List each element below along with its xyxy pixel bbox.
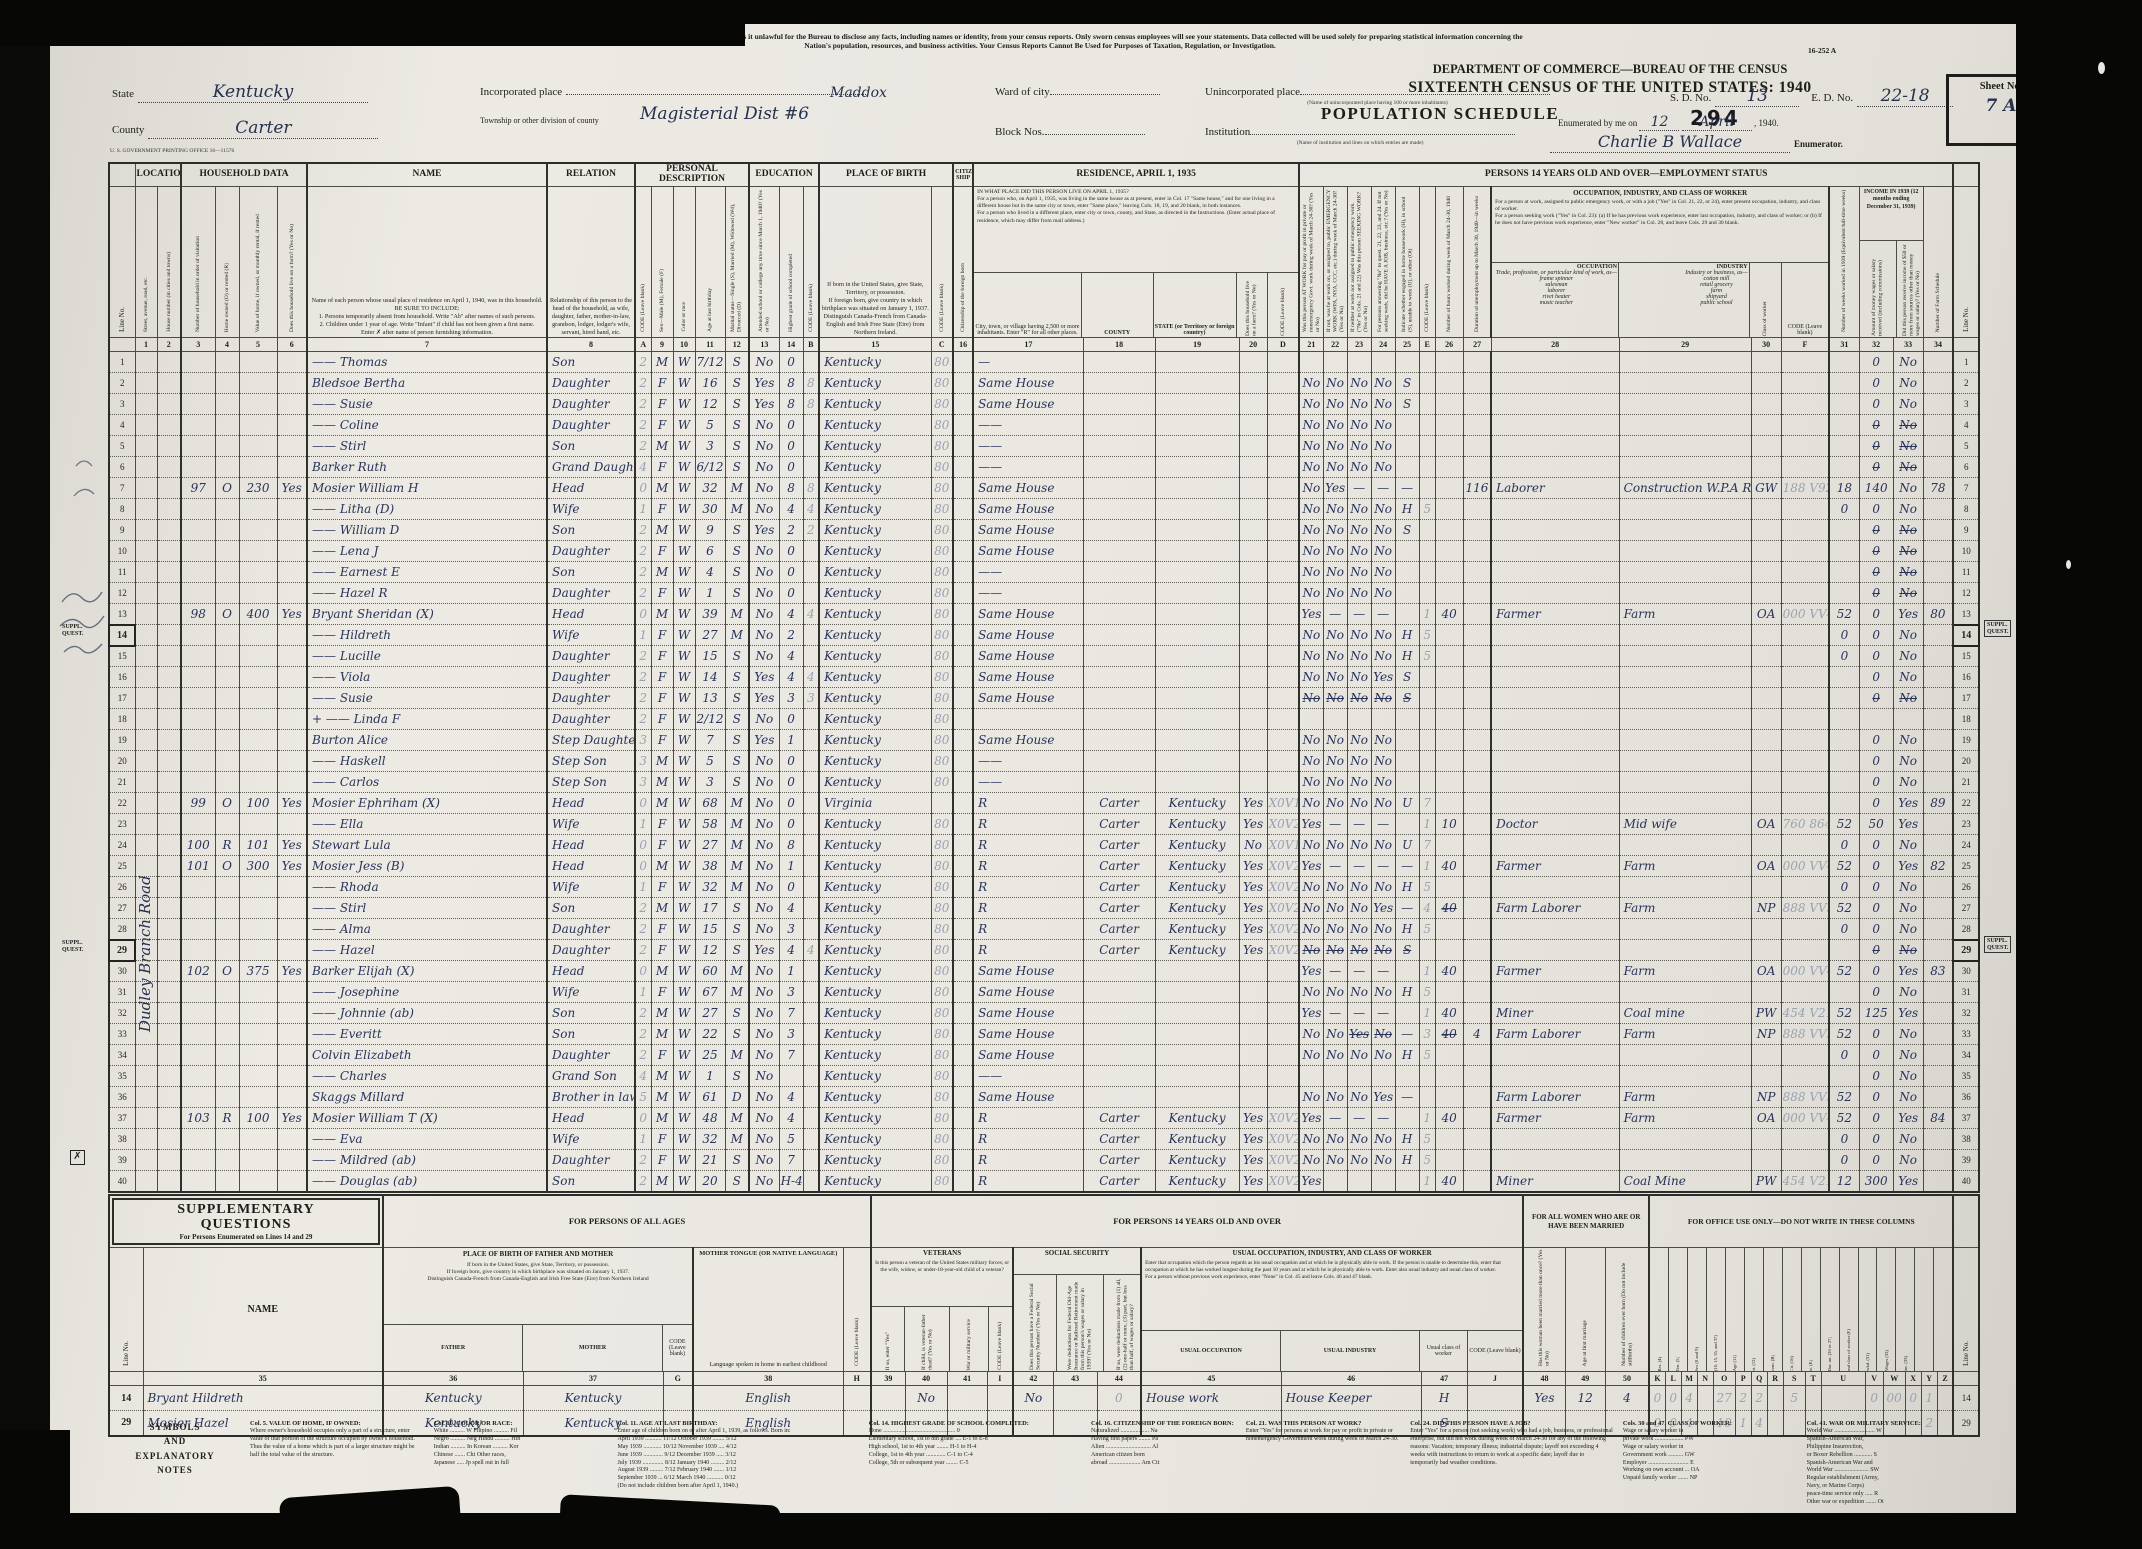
cell-residence-farm — [1239, 373, 1267, 394]
cell-residence-place: Same House — [973, 667, 1083, 688]
cell-residence-place: Same House — [973, 604, 1083, 625]
cell-color: W — [673, 814, 695, 835]
cell-owned-rented — [215, 373, 239, 394]
table-row: 38 —— Eva Wife 1 F W 32 M No 5 Kentucky … — [109, 1129, 1979, 1150]
cell-wages: 0 — [1859, 856, 1893, 877]
scell-u — [1821, 1386, 1865, 1411]
cell-engaged: — — [1395, 1087, 1419, 1108]
cell-code-f — [1781, 667, 1829, 688]
cell-code-a: 0 — [635, 835, 651, 856]
cell-other-income: No — [1893, 415, 1923, 436]
cell-industry — [1619, 751, 1751, 772]
cell-line-no: 24 — [109, 835, 135, 856]
cell-code-f — [1781, 982, 1829, 1003]
cell-engaged: — — [1395, 898, 1419, 919]
col-age: Age at last birthday — [695, 187, 725, 338]
cell-age: 16 — [695, 373, 725, 394]
cell-age: 7 — [695, 730, 725, 751]
cell-emergency-work: — — [1323, 1003, 1347, 1024]
township-value: Magisterial Dist #6 — [640, 104, 809, 124]
cell-street — [135, 877, 157, 898]
cell-have-job: No — [1371, 877, 1395, 898]
cell-hours: 40 — [1435, 1024, 1463, 1045]
cell-residence-farm: Yes — [1239, 856, 1267, 877]
cell-citizenship — [953, 772, 973, 793]
cell-unemployment-weeks — [1463, 436, 1491, 457]
cell-residence-farm — [1239, 583, 1267, 604]
cell-line-no: 2 — [109, 373, 135, 394]
cell-line-no-right: 7 — [1953, 478, 1979, 499]
cell-code-e: 3 — [1419, 1024, 1435, 1045]
cell-relation: Wife — [547, 877, 635, 898]
scell-m: 4 — [1681, 1386, 1697, 1411]
cell-code-d — [1267, 1066, 1299, 1087]
scell-47: H — [1421, 1386, 1467, 1411]
col-seeking-work: If neither at work nor assigned to publi… — [1347, 187, 1371, 338]
cell-weeks-worked — [1829, 793, 1859, 814]
cell-occupation — [1491, 1129, 1619, 1150]
cell-wages: 0 — [1859, 394, 1893, 415]
table-row: 5 —— Stirl Son 2 M W 3 S No 0 Kentucky 8… — [109, 436, 1979, 457]
cell-home-value — [239, 394, 277, 415]
cell-house-no — [157, 835, 181, 856]
cell-birthplace: Kentucky — [819, 520, 931, 541]
cell-occupation — [1491, 1150, 1619, 1171]
cell-industry: Construction W.P.A Road — [1619, 478, 1751, 499]
scell-code-j — [1467, 1386, 1523, 1411]
cell-code-f — [1781, 688, 1829, 709]
cell-home-value — [239, 688, 277, 709]
table-row: 24 100 R 101 Yes Stewart Lula Head 0 F W… — [109, 835, 1979, 856]
cell-code-e: 1 — [1419, 1171, 1435, 1192]
cell-citizenship — [953, 457, 973, 478]
cell-industry — [1619, 667, 1751, 688]
cell-name: —— Haskell — [307, 751, 547, 772]
cell-color: W — [673, 520, 695, 541]
cell-relation: Step Daughter — [547, 730, 635, 751]
cell-emergency-work: No — [1323, 562, 1347, 583]
cell-residence-state — [1155, 1045, 1239, 1066]
cell-seeking-work: No — [1347, 562, 1371, 583]
cell-occupation — [1491, 394, 1619, 415]
cell-code-b — [803, 1108, 819, 1129]
cell-residence-county: Carter — [1083, 856, 1155, 877]
cell-hours — [1435, 730, 1463, 751]
cell-color: W — [673, 415, 695, 436]
scol-50: Number of children ever born (Do not inc… — [1605, 1248, 1649, 1372]
cell-age: 20 — [695, 1171, 725, 1192]
cell-line-no: 22 — [109, 793, 135, 814]
scell-v: 0 — [1865, 1386, 1883, 1411]
cell-household-no — [181, 373, 215, 394]
cell-school: No — [749, 583, 779, 604]
cell-farm — [277, 352, 307, 373]
office-use-column: Wages (32) — [1877, 1248, 1896, 1371]
cell-have-job: No — [1371, 541, 1395, 562]
cell-street — [135, 415, 157, 436]
cell-weeks-worked — [1829, 415, 1859, 436]
cell-relation: Daughter — [547, 688, 635, 709]
cell-hours — [1435, 772, 1463, 793]
cell-engaged — [1395, 457, 1419, 478]
cell-industry — [1619, 541, 1751, 562]
cell-line-no: 39 — [109, 1150, 135, 1171]
cell-line-no-right: 31 — [1953, 982, 1979, 1003]
cell-name: —— Johnnie (ab) — [307, 1003, 547, 1024]
cell-code-d — [1267, 730, 1299, 751]
cell-other-income: No — [1893, 394, 1923, 415]
cell-seeking-work — [1347, 709, 1371, 730]
cell-code-c: 80 — [931, 583, 953, 604]
cell-farm-schedule — [1923, 1129, 1953, 1150]
cell-school: No — [749, 625, 779, 646]
cell-code-a: 3 — [635, 730, 651, 751]
cell-street — [135, 898, 157, 919]
cell-line-no-right: 26 — [1953, 877, 1979, 898]
cell-name: —— Alma — [307, 919, 547, 940]
cell-farm-schedule — [1923, 688, 1953, 709]
cell-color: W — [673, 667, 695, 688]
cell-code-d — [1267, 982, 1299, 1003]
cell-seeking-work: No — [1347, 772, 1371, 793]
cell-farm — [277, 583, 307, 604]
cell-code-b: 8 — [803, 394, 819, 415]
col-have-job: For persons answering "No" to quest. 21,… — [1371, 187, 1395, 338]
office-use-column: com. (B) — [1764, 1248, 1783, 1371]
cell-engaged — [1395, 415, 1419, 436]
cell-household-no — [181, 1066, 215, 1087]
cell-code-b — [803, 1024, 819, 1045]
band-line-no — [1953, 1195, 1979, 1248]
cell-industry — [1619, 709, 1751, 730]
cell-residence-farm: Yes — [1239, 1129, 1267, 1150]
cell-household-no — [181, 940, 215, 961]
cell-line-no-right: 4 — [1953, 415, 1979, 436]
cell-emergency-work: — — [1323, 814, 1347, 835]
cell-other-income: No — [1893, 877, 1923, 898]
cell-residence-place: —— — [973, 772, 1083, 793]
cell-marital: M — [725, 1045, 749, 1066]
cell-class-of-worker — [1751, 457, 1781, 478]
cell-relation: Wife — [547, 499, 635, 520]
cell-street — [135, 772, 157, 793]
cell-code-d — [1267, 604, 1299, 625]
cell-home-value: 100 — [239, 793, 277, 814]
cell-engaged — [1395, 1108, 1419, 1129]
cell-farm-schedule: 82 — [1923, 856, 1953, 877]
cell-house-no — [157, 919, 181, 940]
cell-code-e — [1419, 541, 1435, 562]
group-line-no-right — [1953, 163, 1979, 187]
cell-grade: 4 — [779, 499, 803, 520]
cell-home-value — [239, 877, 277, 898]
cell-farm-schedule — [1923, 982, 1953, 1003]
cell-seeking-work: No — [1347, 1087, 1371, 1108]
cell-code-c: 80 — [931, 646, 953, 667]
cell-residence-place: R — [973, 1171, 1083, 1192]
cell-residence-place: Same House — [973, 961, 1083, 982]
cell-unemployment-weeks — [1463, 415, 1491, 436]
cell-have-job: No — [1371, 415, 1395, 436]
cell-hours — [1435, 415, 1463, 436]
cell-emergency-work: No — [1323, 877, 1347, 898]
col-relation-note: Relationship of this person to the head … — [547, 187, 635, 338]
cell-wages: 0 — [1859, 457, 1893, 478]
legend-col11: Col. 11. AGE AT LAST BIRTHDAY:Enter age … — [617, 1420, 858, 1491]
scell-x: 0 — [1905, 1386, 1921, 1411]
cell-wages: 0 — [1859, 961, 1893, 982]
cell-citizenship — [953, 415, 973, 436]
cell-code-d — [1267, 436, 1299, 457]
cell-other-income: No — [1893, 1150, 1923, 1171]
cell-code-a: 2 — [635, 583, 651, 604]
cell-household-no: 99 — [181, 793, 215, 814]
cell-house-no — [157, 604, 181, 625]
cell-grade: 8 — [779, 394, 803, 415]
cell-household-no — [181, 1045, 215, 1066]
cell-sex: F — [651, 940, 673, 961]
cell-grade: 1 — [779, 856, 803, 877]
office-use-column — [1934, 1248, 1952, 1371]
cell-residence-state — [1155, 961, 1239, 982]
cell-occupation: Miner — [1491, 1003, 1619, 1024]
cell-farm — [277, 625, 307, 646]
cell-street — [135, 520, 157, 541]
cell-weeks-worked: 18 — [1829, 478, 1859, 499]
cell-code-b — [803, 1087, 819, 1108]
cell-home-value — [239, 1024, 277, 1045]
cell-relation: Daughter — [547, 373, 635, 394]
cell-residence-state — [1155, 688, 1239, 709]
cell-color: W — [673, 1003, 695, 1024]
cell-household-no — [181, 1171, 215, 1192]
cell-code-c: 80 — [931, 751, 953, 772]
table-row: 31 —— Josephine Wife 1 F W 67 M No 3 Ken… — [109, 982, 1979, 1003]
cell-name: —— Thomas — [307, 352, 547, 373]
cell-code-e: 7 — [1419, 835, 1435, 856]
table-row: 1 —— Thomas Son 2 M W 7/12 S No 0 Kentuc… — [109, 352, 1979, 373]
col-at-work: Was this person AT WORK for pay or profi… — [1299, 187, 1323, 338]
scol-office-use: Res. (4) Ten. (5) Sex (8 and 9) (10, 15,… — [1649, 1248, 1953, 1372]
cell-age: 13 — [695, 688, 725, 709]
col-grade: Highest grade of school completed — [779, 187, 803, 338]
cell-line-no: 18 — [109, 709, 135, 730]
cell-residence-place: R — [973, 919, 1083, 940]
cell-line-no: 27 — [109, 898, 135, 919]
cell-code-a: 4 — [635, 457, 651, 478]
cell-code-a: 2 — [635, 646, 651, 667]
cell-relation: Step Son — [547, 751, 635, 772]
group-education: EDUCATION — [749, 163, 819, 187]
cell-class-of-worker — [1751, 793, 1781, 814]
cell-at-work: No — [1299, 541, 1323, 562]
cell-age: 15 — [695, 646, 725, 667]
cell-seeking-work: No — [1347, 499, 1371, 520]
cell-color: W — [673, 940, 695, 961]
cell-code-d — [1267, 562, 1299, 583]
table-row: 3 —— Susie Daughter 2 F W 12 S Yes 8 8 K… — [109, 394, 1979, 415]
cell-class-of-worker: NP — [1751, 1024, 1781, 1045]
col-code-b: CODE (Leave blank) — [803, 187, 819, 338]
cell-at-work: No — [1299, 835, 1323, 856]
cell-line-no: 16 — [109, 667, 135, 688]
cell-color: W — [673, 772, 695, 793]
cell-owned-rented — [215, 646, 239, 667]
cell-farm — [277, 1171, 307, 1192]
cell-code-c: 80 — [931, 436, 953, 457]
cell-relation: Head — [547, 1108, 635, 1129]
cell-home-value — [239, 373, 277, 394]
cell-weeks-worked: 0 — [1829, 1150, 1859, 1171]
cell-industry — [1619, 793, 1751, 814]
cell-code-a: 1 — [635, 814, 651, 835]
cell-residence-state — [1155, 625, 1239, 646]
cell-code-c: 80 — [931, 667, 953, 688]
cell-code-b — [803, 709, 819, 730]
scol-41: War or military service — [950, 1307, 989, 1371]
cell-residence-farm — [1239, 394, 1267, 415]
cell-marital: M — [725, 1108, 749, 1129]
cell-weeks-worked — [1829, 373, 1859, 394]
scol-code-g: CODE (Leave blank) — [663, 1325, 692, 1371]
cell-owned-rented — [215, 520, 239, 541]
cell-unemployment-weeks — [1463, 667, 1491, 688]
cell-sex: M — [651, 898, 673, 919]
cell-farm-schedule — [1923, 520, 1953, 541]
cell-line-no-right: 29 — [1953, 940, 1979, 961]
cell-relation: Daughter — [547, 583, 635, 604]
cell-name: —— Lena J — [307, 541, 547, 562]
cell-wages: 0 — [1859, 940, 1893, 961]
cell-grade: 4 — [779, 940, 803, 961]
cell-industry: Coal Mine — [1619, 1171, 1751, 1192]
cell-code-f — [1781, 625, 1829, 646]
cell-occupation — [1491, 583, 1619, 604]
cell-seeking-work: No — [1347, 520, 1371, 541]
scol-42: Does this person have a Federal Social S… — [1014, 1275, 1057, 1371]
cell-residence-state — [1155, 373, 1239, 394]
cell-residence-county — [1083, 478, 1155, 499]
cell-marital: S — [725, 940, 749, 961]
cell-school: No — [749, 478, 779, 499]
cell-line-no-right: 9 — [1953, 520, 1979, 541]
cell-hours — [1435, 1066, 1463, 1087]
cell-code-c: 80 — [931, 499, 953, 520]
scell-y: 1 — [1921, 1386, 1937, 1411]
cell-name: Mosier William T (X) — [307, 1108, 547, 1129]
cell-wages: 0 — [1859, 352, 1893, 373]
cell-color: W — [673, 835, 695, 856]
table-row: 27 —— Stirl Son 2 M W 17 S No 4 Kentucky… — [109, 898, 1979, 919]
cell-code-e — [1419, 562, 1435, 583]
cell-school: No — [749, 1003, 779, 1024]
cell-street — [135, 352, 157, 373]
form-number: 16-252 A — [1808, 46, 1836, 55]
cell-residence-farm — [1239, 772, 1267, 793]
scol-mother: MOTHER — [523, 1325, 662, 1371]
cell-grade: H-4 — [779, 1171, 803, 1192]
cell-relation: Son — [547, 1171, 635, 1192]
cell-color: W — [673, 709, 695, 730]
cell-wages: 0 — [1859, 688, 1893, 709]
cell-class-of-worker — [1751, 1045, 1781, 1066]
cell-code-b — [803, 898, 819, 919]
cell-at-work: No — [1299, 1087, 1323, 1108]
cell-residence-place: Same House — [973, 499, 1083, 520]
cell-name: Burton Alice — [307, 730, 547, 751]
col-code-f: CODE (Leave blank) — [1782, 263, 1829, 337]
cell-unemployment-weeks — [1463, 730, 1491, 751]
cell-seeking-work: Yes — [1347, 1024, 1371, 1045]
cell-farm-schedule: 84 — [1923, 1108, 1953, 1129]
cell-age: 32 — [695, 478, 725, 499]
cell-engaged: H — [1395, 499, 1419, 520]
cell-emergency-work: — — [1323, 961, 1347, 982]
cell-have-job: No — [1371, 940, 1395, 961]
cell-have-job: Yes — [1371, 898, 1395, 919]
cell-school: No — [749, 856, 779, 877]
cell-code-f — [1781, 751, 1829, 772]
cell-weeks-worked: 52 — [1829, 961, 1859, 982]
cell-occupation: Farmer — [1491, 961, 1619, 982]
cell-household-no — [181, 583, 215, 604]
cell-code-c: 80 — [931, 415, 953, 436]
cell-seeking-work: No — [1347, 688, 1371, 709]
cell-unemployment-weeks — [1463, 982, 1491, 1003]
cell-line-no-right: 40 — [1953, 1171, 1979, 1192]
cell-house-no — [157, 982, 181, 1003]
cell-residence-farm: Yes — [1239, 1108, 1267, 1129]
cell-residence-place: R — [973, 1108, 1083, 1129]
cell-age: 32 — [695, 877, 725, 898]
cell-line-no-right: 37 — [1953, 1108, 1979, 1129]
cell-wages: 0 — [1859, 835, 1893, 856]
cell-code-f — [1781, 1045, 1829, 1066]
population-table: LOCATION HOUSEHOLD DATA NAME RELATION PE… — [108, 162, 1980, 1193]
cell-code-e: 5 — [1419, 1150, 1435, 1171]
cell-have-job: No — [1371, 562, 1395, 583]
col-weeks-worked: Number of weeks worked in 1939 (Equivale… — [1829, 187, 1859, 338]
cell-residence-county: Carter — [1083, 877, 1155, 898]
office-use-column — [1915, 1248, 1934, 1371]
cell-other-income: Yes — [1893, 856, 1923, 877]
cell-residence-state — [1155, 1024, 1239, 1045]
cell-code-c — [931, 793, 953, 814]
cell-code-a: 2 — [635, 373, 651, 394]
cell-class-of-worker — [1751, 982, 1781, 1003]
cell-grade: 5 — [779, 1129, 803, 1150]
cell-weeks-worked: 0 — [1829, 919, 1859, 940]
cell-weeks-worked — [1829, 520, 1859, 541]
cell-marital: S — [725, 1066, 749, 1087]
cell-occupation — [1491, 457, 1619, 478]
cell-occupation — [1491, 919, 1619, 940]
cell-engaged — [1395, 436, 1419, 457]
cell-class-of-worker — [1751, 688, 1781, 709]
cell-street — [135, 1045, 157, 1066]
col-wages: Amount of money wages or salary received… — [1860, 241, 1897, 337]
cell-owned-rented: O — [215, 604, 239, 625]
cell-residence-state — [1155, 436, 1239, 457]
cell-seeking-work: No — [1347, 373, 1371, 394]
scan-speck-2 — [2098, 62, 2105, 74]
cell-line-no: 40 — [109, 1171, 135, 1192]
cell-school: No — [749, 436, 779, 457]
cell-code-d — [1267, 961, 1299, 982]
cell-weeks-worked: 52 — [1829, 1024, 1859, 1045]
cell-code-b — [803, 814, 819, 835]
cell-seeking-work: No — [1347, 940, 1371, 961]
